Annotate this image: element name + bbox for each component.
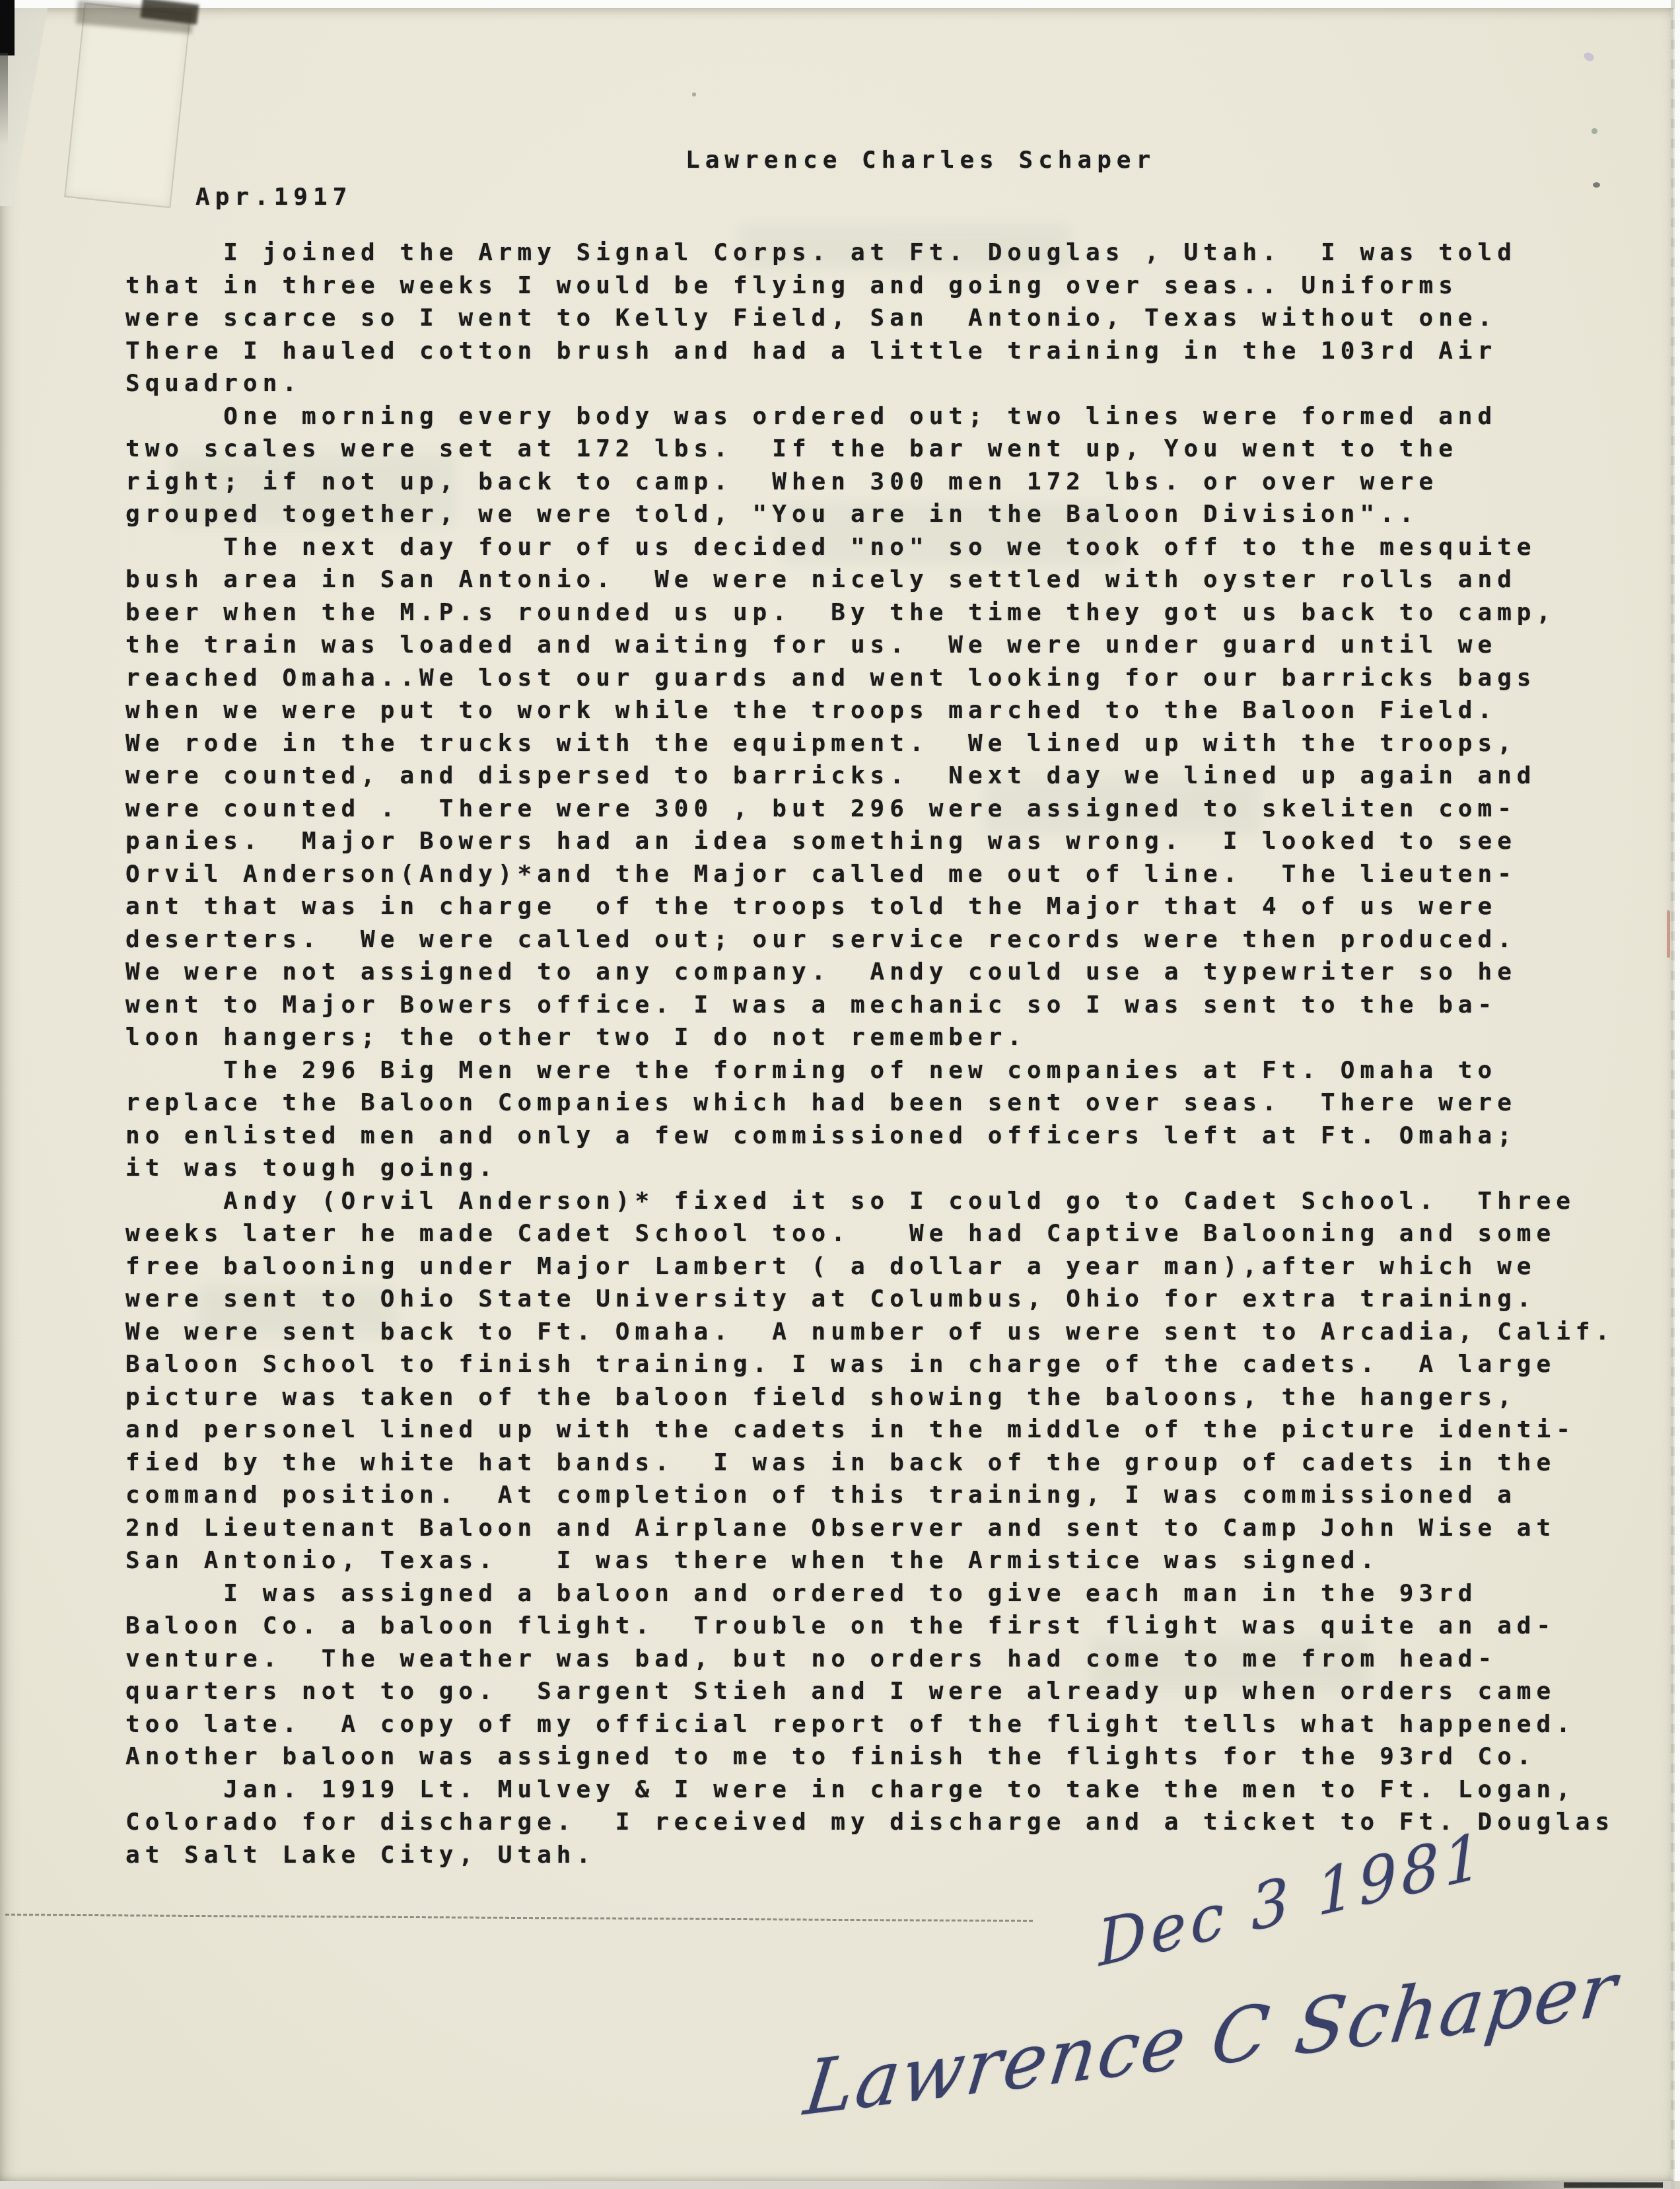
red-ink-speck (1667, 910, 1670, 958)
paper-bottom-edge (0, 2181, 1680, 2189)
scan-bottom-dark-mark (1564, 2182, 1663, 2188)
memoir-body-text: I joined the Army Signal Corps. at Ft. D… (125, 236, 1615, 1871)
date-heading: Apr.1917 (195, 184, 352, 211)
paper-speck (350, 279, 353, 283)
paper-speck (692, 92, 696, 96)
paper-right-edge (1671, 0, 1675, 2189)
paper-speck (1592, 128, 1597, 134)
scan-corner-shadow (0, 53, 8, 145)
author-name-header: Lawrence Charles Schaper (685, 147, 1156, 174)
paper-speck (1593, 182, 1600, 188)
tape-residue-mark (64, 3, 191, 208)
scanned-page: Lawrence Charles Schaper Apr.1917 I join… (0, 0, 1680, 2189)
scan-corner-black-mark (0, 0, 15, 55)
